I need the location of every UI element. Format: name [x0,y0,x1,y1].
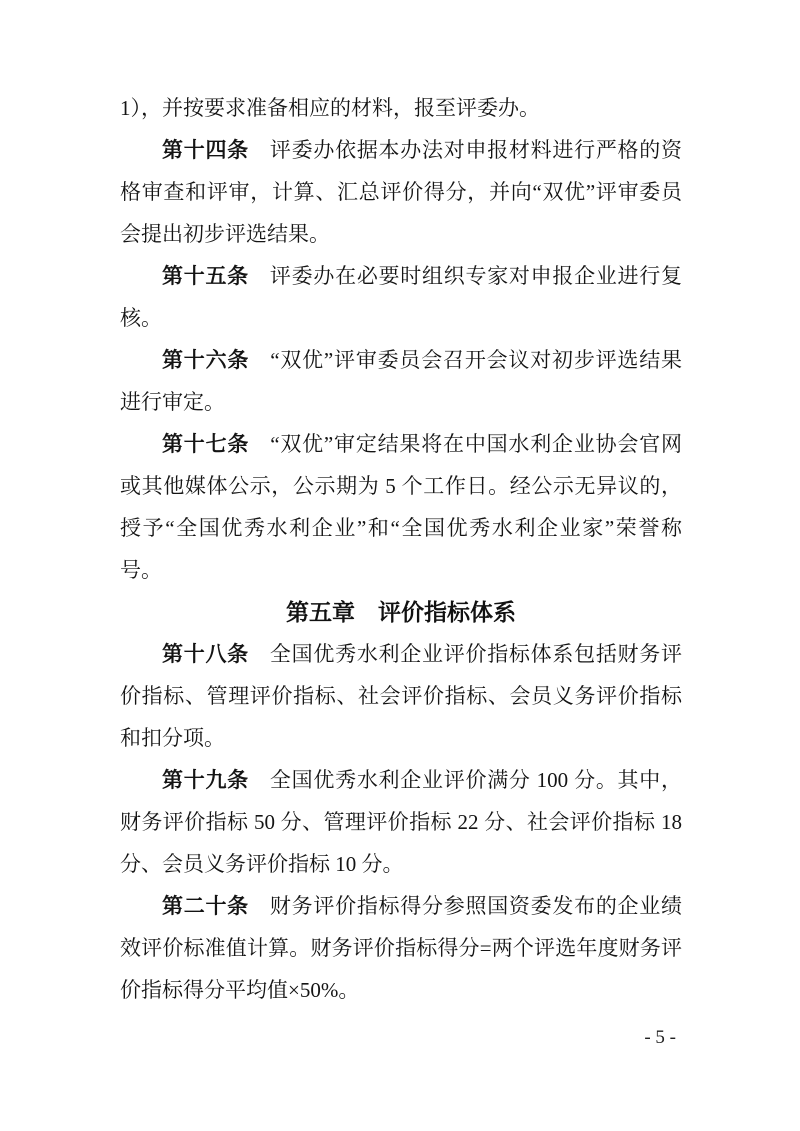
paragraph-article-18: 第十八条全国优秀水利企业评价指标体系包括财务评价指标、管理评价指标、社会评价指标… [120,633,682,759]
article-label: 第十六条 [162,348,249,372]
article-label: 第二十条 [162,894,249,918]
article-label: 第十四条 [162,138,249,162]
paragraph-continuation: 1），并按要求准备相应的材料，报至评委办。 [120,87,682,129]
chapter-heading: 第五章 评价指标体系 [120,591,682,633]
article-label: 第十八条 [162,642,249,666]
page-number: - 5 - [644,1025,676,1051]
paragraph-article-16: 第十六条“双优”评审委员会召开会议对初步评选结果进行审定。 [120,339,682,423]
paragraph-article-14: 第十四条评委办依据本办法对申报材料进行严格的资格审查和评审，计算、汇总评价得分，… [120,129,682,255]
paragraph-article-20: 第二十条财务评价指标得分参照国资委发布的企业绩效评价标准值计算。财务评价指标得分… [120,885,682,1011]
paragraph-article-19: 第十九条全国优秀水利企业评价满分 100 分。其中，财务评价指标 50 分、管理… [120,759,682,885]
article-label: 第十七条 [162,432,249,456]
paragraph-article-17: 第十七条“双优”审定结果将在中国水利企业协会官网或其他媒体公示，公示期为 5 个… [120,423,682,591]
paragraph-text: 1），并按要求准备相应的材料，报至评委办。 [120,96,540,120]
document-body: 1），并按要求准备相应的材料，报至评委办。 第十四条评委办依据本办法对申报材料进… [120,87,682,1011]
paragraph-article-15: 第十五条评委办在必要时组织专家对申报企业进行复核。 [120,255,682,339]
article-label: 第十五条 [162,264,249,288]
document-page: 1），并按要求准备相应的材料，报至评委办。 第十四条评委办依据本办法对申报材料进… [0,0,800,1131]
article-label: 第十九条 [162,768,249,792]
